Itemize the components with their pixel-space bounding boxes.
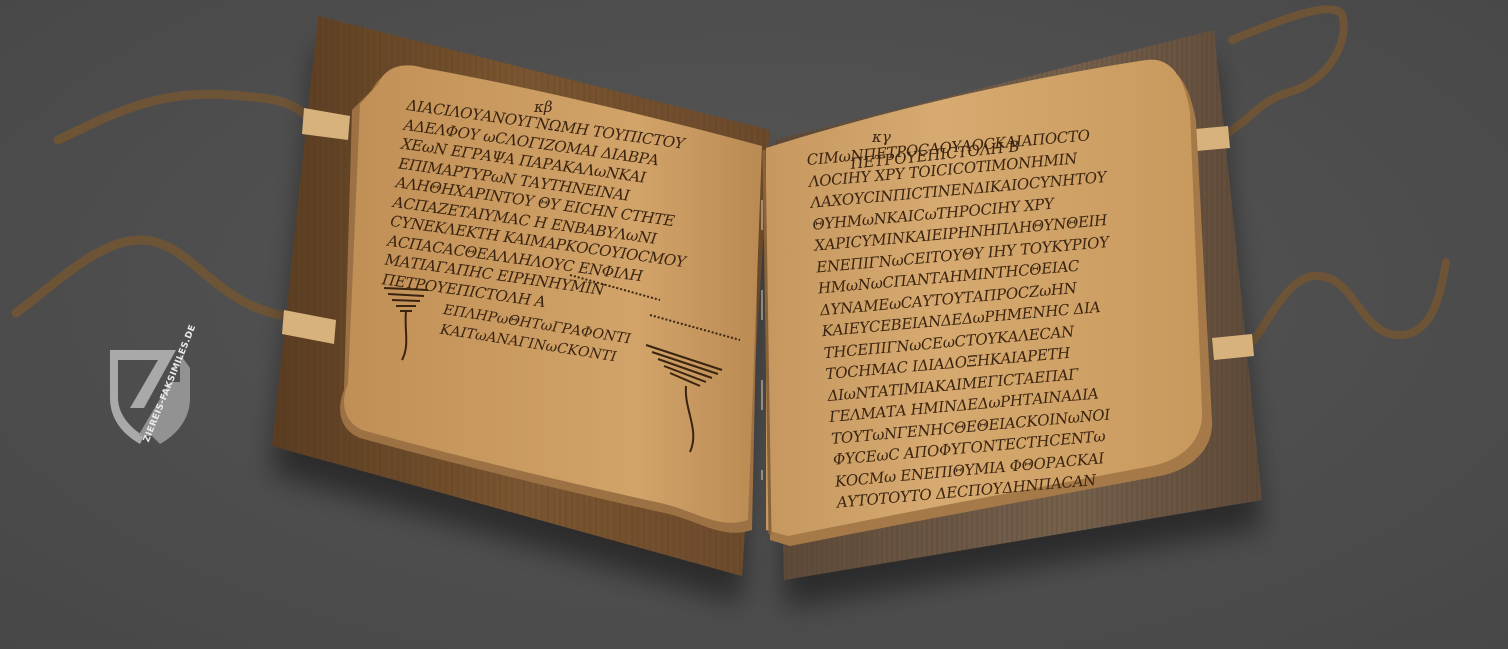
leather-tie-left-lower [16, 240, 280, 315]
photo-scene: κβ ΔΙΑCΙΛΟΥΑΝΟΥΓΝΩΜΗ ΤΟΥΠΙCΤΟΥ ΑΔΕΛΦΟΥ ω… [0, 0, 1508, 649]
right-page-text: CΙΜωΝΠΕΤΡΟCΔΟΥΛΟCΚΑΙΑΠΟCΤΟ ΛΟCΙΗΥ ΧΡΥ ΤΟ… [806, 124, 1134, 514]
left-page-text: ΔΙΑCΙΛΟΥΑΝΟΥΓΝΩΜΗ ΤΟΥΠΙCΤΟΥ ΑΔΕΛΦΟΥ ωCΛΟ… [381, 96, 703, 331]
leather-tie-left-upper [58, 94, 305, 140]
leather-tie-right-lower [1250, 262, 1446, 345]
leather-tie-right-upper [1226, 9, 1344, 134]
book-illustration [0, 0, 1508, 649]
binding-strap [1212, 334, 1254, 360]
